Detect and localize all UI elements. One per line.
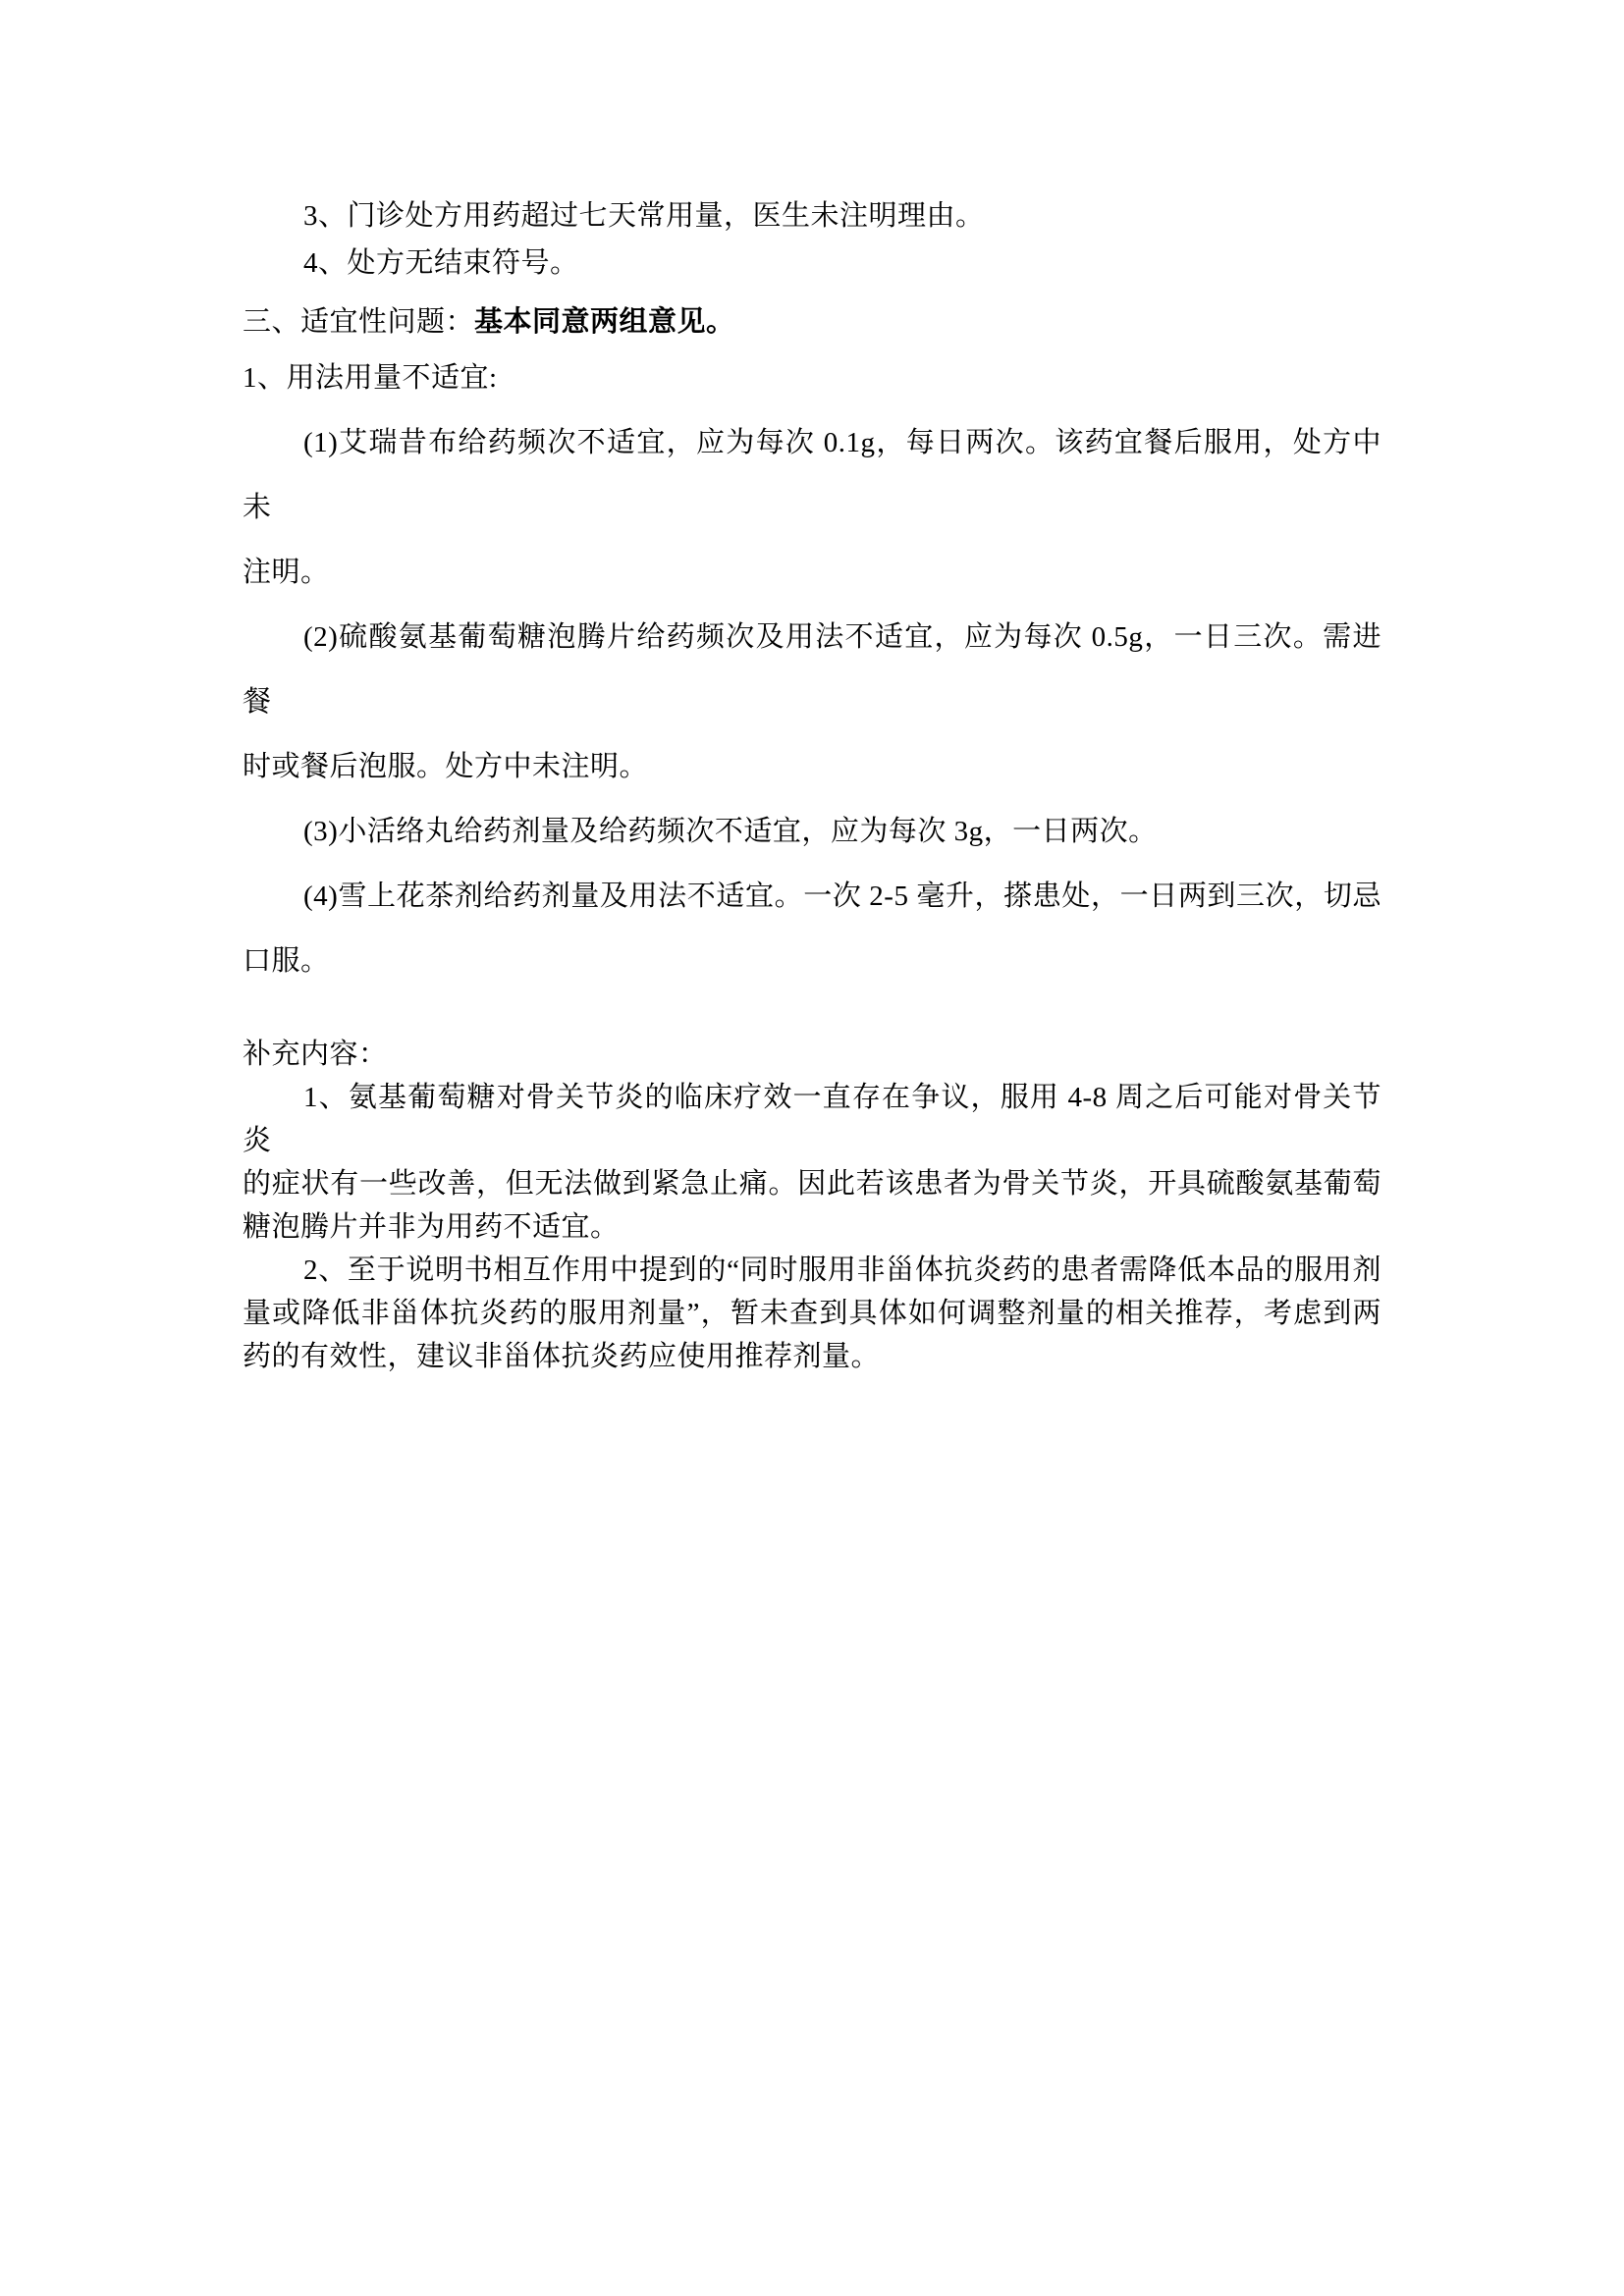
supplement-section: 补充内容： 1、氨基葡萄糖对骨关节炎的临床疗效一直存在争议，服用 4-8 周之后… (243, 1033, 1381, 1378)
supplement-paragraph-1-line-1: 1、氨基葡萄糖对骨关节炎的临床疗效一直存在争议，服用 4-8 周之后可能对骨关节… (243, 1076, 1381, 1162)
usage-paragraph-4-line-1: (4)雪上花茶剂给药剂量及用法不适宜。一次 2-5 毫升，搽患处，一日两到三次，… (243, 864, 1381, 929)
supplement-paragraph-2-line-2: 量或降低非甾体抗炎药的服用剂量”，暂未查到具体如何调整剂量的相关推荐，考虑到两 (243, 1292, 1381, 1335)
usage-paragraph-1-line-1: (1)艾瑞昔布给药频次不适宜，应为每次 0.1g，每日两次。该药宜餐后服用，处方… (243, 410, 1381, 540)
usage-paragraph-1-line-2: 注明。 (243, 540, 1381, 605)
format-issue-item-3: 3、门诊处方用药超过七天常用量，医生未注明理由。 (243, 192, 1381, 240)
document-page: 3、门诊处方用药超过七天常用量，医生未注明理由。 4、处方无结束符号。 三、适宜… (0, 0, 1624, 2296)
section-heading-emphasis: 基本同意两组意见。 (474, 306, 735, 338)
usage-subsection-title: 1、用法用量不适宜: (243, 346, 1381, 410)
supplement-paragraph-2-line-3: 药的有效性，建议非甾体抗炎药应使用推荐剂量。 (243, 1335, 1381, 1378)
supplement-paragraph-1-line-2: 的症状有一些改善，但无法做到紧急止痛。因此若该患者为骨关节炎，开具硫酸氨基葡萄 (243, 1162, 1381, 1205)
usage-paragraph-2-line-1: (2)硫酸氨基葡萄糖泡腾片给药频次及用法不适宜，应为每次 0.5g，一日三次。需… (243, 605, 1381, 734)
section-heading-suitability: 三、适宜性问题：基本同意两组意见。 (243, 298, 1381, 346)
usage-paragraph-2-line-2: 时或餐后泡服。处方中未注明。 (243, 734, 1381, 799)
usage-paragraph-4-line-2: 口服。 (243, 929, 1381, 993)
usage-paragraph-3-line-1: (3)小活络丸给药剂量及给药频次不适宜，应为每次 3g，一日两次。 (243, 799, 1381, 864)
supplement-paragraph-1-line-3: 糖泡腾片并非为用药不适宜。 (243, 1205, 1381, 1249)
section-heading-prefix: 三、适宜性问题： (243, 306, 474, 338)
supplement-title: 补充内容： (243, 1033, 1381, 1076)
supplement-paragraph-2-line-1: 2、至于说明书相互作用中提到的“同时服用非甾体抗炎药的患者需降低本品的服用剂 (243, 1249, 1381, 1292)
format-issue-item-4: 4、处方无结束符号。 (243, 240, 1381, 287)
